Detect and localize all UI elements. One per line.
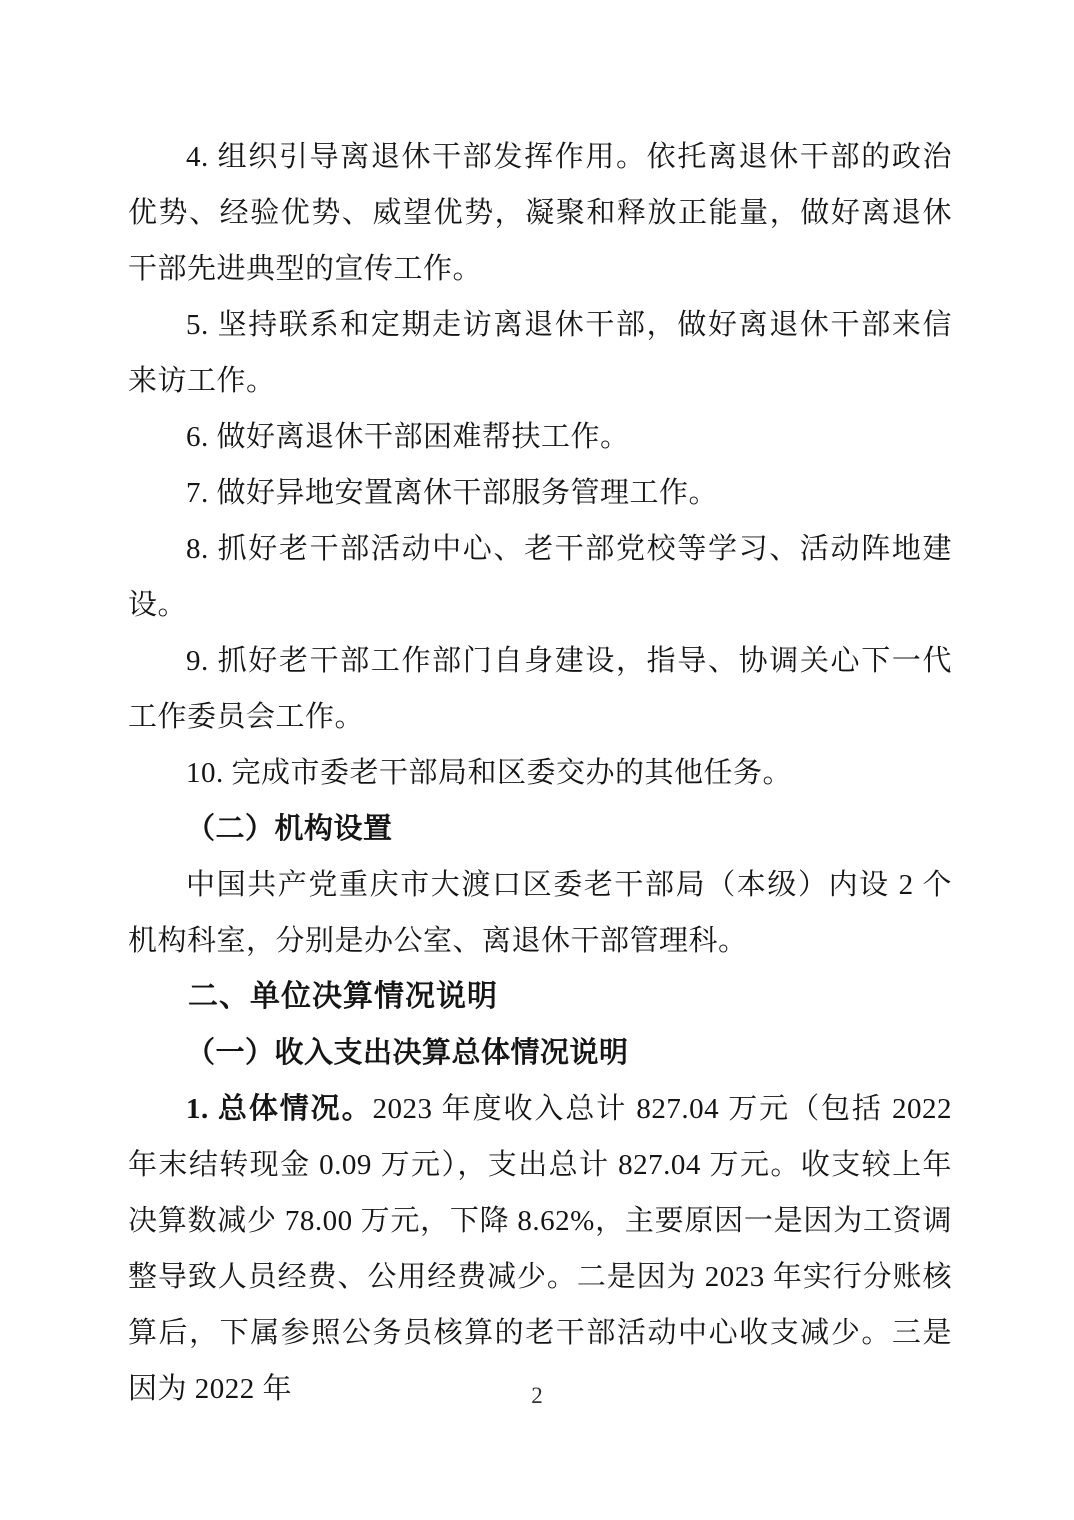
page-number: 2 <box>0 1382 1074 1410</box>
document-page: 4. 组织引导离退休干部发挥作用。依托离退休干部的政治优势、经验优势、威望优势，… <box>0 0 1074 1520</box>
paragraph-org-structure: 中国共产党重庆市大渡口区委老干部局（本级）内设 2 个机构科室，分别是办公室、离… <box>128 857 952 969</box>
paragraph-overall-text: 2023 年度收入总计 827.04 万元（包括 2022 年末结转现金 0.0… <box>128 1093 952 1405</box>
document-body: 4. 组织引导离退休干部发挥作用。依托离退休干部的政治优势、经验优势、威望优势，… <box>128 129 952 1417</box>
section-heading-final-accounts: 二、单位决算情况说明 <box>128 969 952 1025</box>
paragraph-overall-situation: 1. 总体情况。2023 年度收入总计 827.04 万元（包括 2022 年末… <box>128 1081 952 1417</box>
list-item-6: 6. 做好离退休干部困难帮扶工作。 <box>128 409 952 465</box>
list-item-4: 4. 组织引导离退休干部发挥作用。依托离退休干部的政治优势、经验优势、威望优势，… <box>128 129 952 297</box>
list-item-7: 7. 做好异地安置离休干部服务管理工作。 <box>128 465 952 521</box>
list-item-8: 8. 抓好老干部活动中心、老干部党校等学习、活动阵地建设。 <box>128 521 952 633</box>
paragraph-overall-lead: 1. 总体情况。 <box>186 1093 373 1125</box>
subsection-heading-income-expense: （一）收入支出决算总体情况说明 <box>128 1025 952 1081</box>
list-item-10: 10. 完成市委老干部局和区委交办的其他任务。 <box>128 745 952 801</box>
list-item-5: 5. 坚持联系和定期走访离退休干部，做好离退休干部来信来访工作。 <box>128 297 952 409</box>
section-heading-org-setup: （二）机构设置 <box>128 801 952 857</box>
list-item-9: 9. 抓好老干部工作部门自身建设，指导、协调关心下一代工作委员会工作。 <box>128 633 952 745</box>
